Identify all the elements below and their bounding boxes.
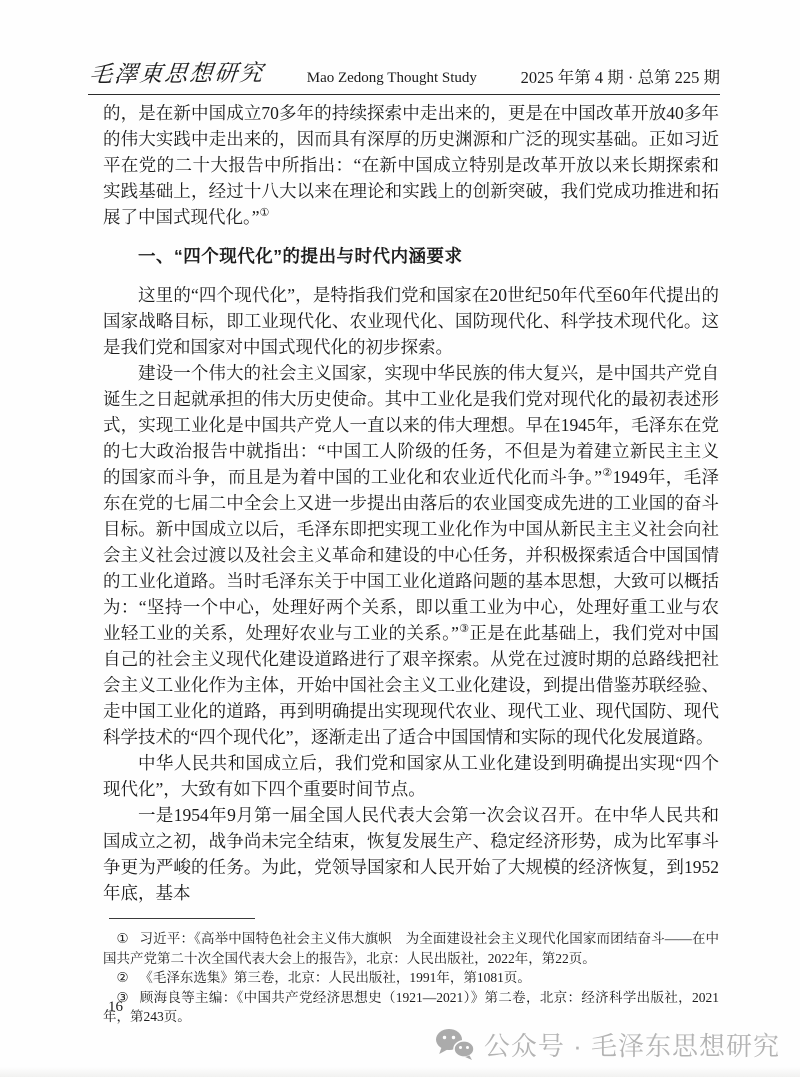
footnote-marker: ① [117,931,129,946]
footnote-text: 顾海良等主编：《中国共产党经济思想史（1921—2021）》第二卷，北京：经济科… [103,990,719,1025]
wechat-icon [435,1028,475,1061]
header-divider [88,94,720,95]
watermark-label: 公众号 · 毛泽东思想研究 [484,1026,780,1063]
paragraph-continuation: 的，是在新中国成立70多年的持续探索中走出来的，更是在中国改革开放40多年的伟大… [103,100,719,230]
page-number: 16 [108,999,123,1016]
footnotes-section: ①习近平：《高举中国特色社会主义伟大旗帜 为全面建设社会主义现代化国家而团结奋斗… [103,929,719,1027]
journal-logo-calligraphy: 毛澤東思想研究 [88,54,266,89]
footnote-item: ③顾海良等主编：《中国共产党经济思想史（1921—2021）》第二卷，北京：经济… [103,988,719,1027]
journal-title-english: Mao Zedong Thought Study [307,70,477,89]
paragraph: 这里的“四个现代化”，是特指我们党和国家在20世纪50年代至60年代提出的国家战… [103,282,719,360]
footnote-item: ①习近平：《高举中国特色社会主义伟大旗帜 为全面建设社会主义现代化国家而团结奋斗… [103,929,719,968]
watermark: 公众号 · 毛泽东思想研究 [435,1026,780,1063]
footnote-divider [109,918,255,919]
footnote-item: ②《毛泽东选集》第三卷，北京：人民出版社，1991年，第1081页。 [103,968,719,988]
scan-shadow [0,1067,800,1077]
paragraph: 一是1954年9月第一届全国人民代表大会第一次会议召开。在中华人民共和国成立之初… [103,802,719,906]
document-page: 毛澤東思想研究 Mao Zedong Thought Study 2025 年第… [0,0,800,1077]
footnote-text: 《毛泽东选集》第三卷，北京：人民出版社，1991年，第1081页。 [139,970,531,985]
footnote-text: 习近平：《高举中国特色社会主义伟大旗帜 为全面建设社会主义现代化国家而团结奋斗—… [103,931,719,966]
journal-header: 毛澤東思想研究 Mao Zedong Thought Study 2025 年第… [88,56,720,89]
section-heading: 一、“四个现代化”的提出与时代内涵要求 [103,243,719,269]
paragraph: 建设一个伟大的社会主义国家，实现中华民族的伟大复兴，是中国共产党自诞生之日起就承… [103,360,719,750]
issue-info: 2025 年第 4 期 · 总第 225 期 [521,64,720,89]
paragraph: 中华人民共和国成立后，我们党和国家从工业化建设到明确提出实现“四个现代化”，大致… [103,750,719,802]
footnote-marker: ② [117,970,129,985]
article-body: 的，是在新中国成立70多年的持续探索中走出来的，更是在中国改革开放40多年的伟大… [103,100,719,1027]
